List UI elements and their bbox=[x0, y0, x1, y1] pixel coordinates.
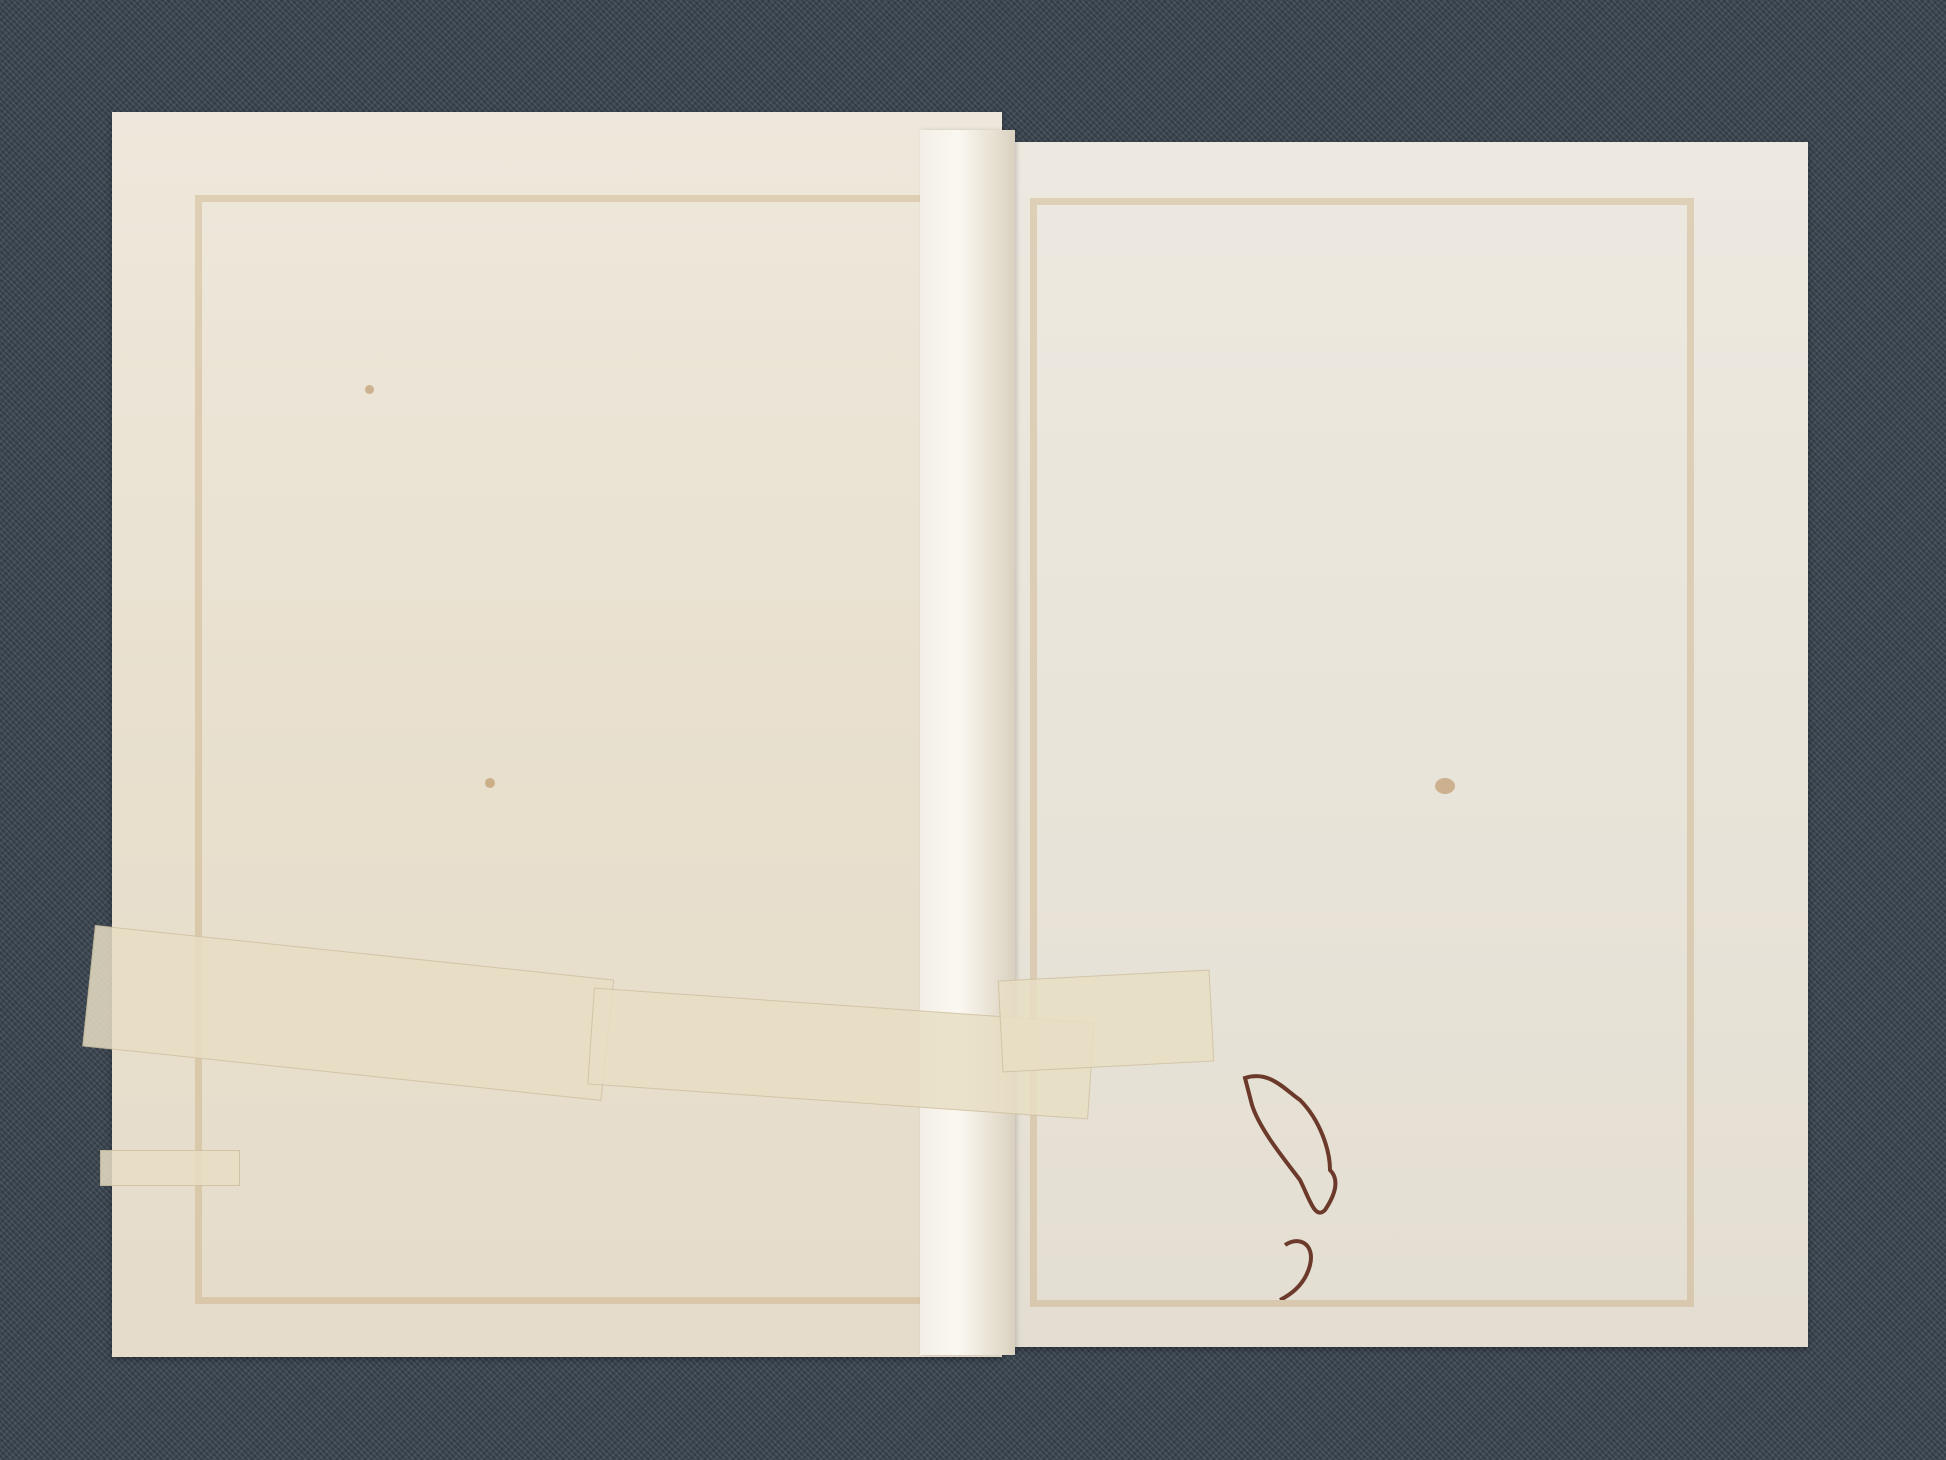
stain bbox=[485, 778, 495, 788]
tape-strip bbox=[100, 1150, 240, 1186]
printed-border-left bbox=[195, 195, 969, 1304]
stain bbox=[365, 385, 374, 394]
brown-outline-drawing bbox=[1230, 1060, 1390, 1300]
center-fold bbox=[920, 130, 1015, 1355]
tape-strip bbox=[998, 970, 1215, 1073]
stain bbox=[1435, 778, 1455, 794]
